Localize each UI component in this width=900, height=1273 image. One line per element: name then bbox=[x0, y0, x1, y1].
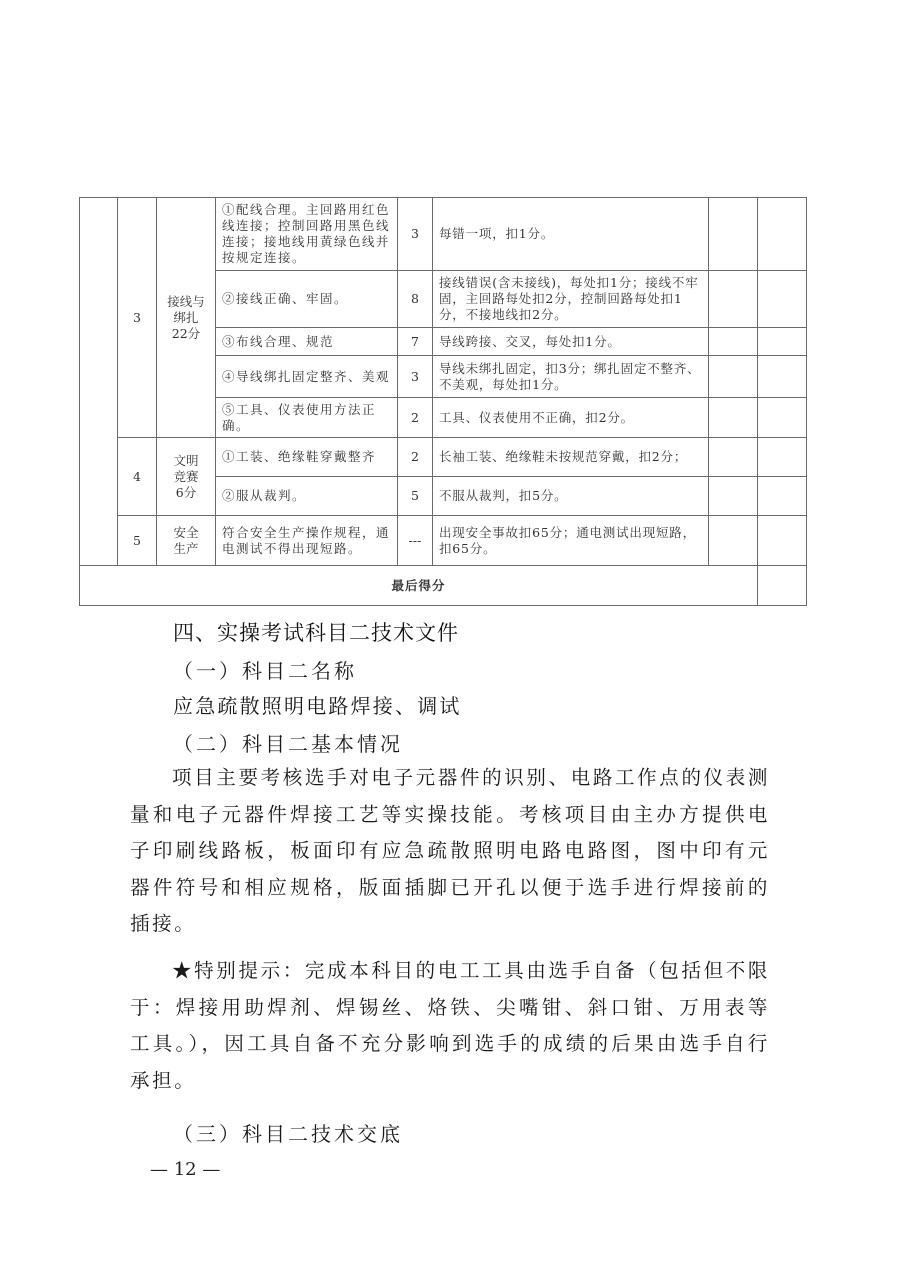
remark-cell bbox=[758, 271, 807, 328]
points-cell: 3 bbox=[398, 356, 433, 398]
final-score-row: 最后得分 bbox=[80, 566, 807, 606]
score-cell bbox=[709, 271, 758, 328]
score-cell bbox=[709, 516, 758, 566]
group-number: 3 bbox=[118, 198, 157, 438]
group-name-line: 竞赛 bbox=[163, 469, 209, 485]
score-cell bbox=[709, 198, 758, 271]
group-name-line: 文明 bbox=[163, 453, 209, 469]
points-cell: 2 bbox=[398, 438, 433, 477]
criterion-cell: ②接线正确、牢固。 bbox=[216, 271, 398, 328]
group-name-line: 接线与 bbox=[163, 294, 209, 310]
special-notice-paragraph: ★特别提示：完成本科目的电工工具由选手自备（包括但不限于：焊接用助焊剂、焊锡丝、… bbox=[130, 953, 770, 1099]
group-name-line: 6分 bbox=[163, 485, 209, 501]
group-name-line: 绑扎 bbox=[163, 310, 209, 326]
table-row: 4 文明 竞赛 6分 ①工装、绝缘鞋穿戴整齐 2 长袖工装、绝缘鞋未按规范穿戴，… bbox=[80, 438, 807, 477]
criterion-cell: ③布线合理、规范 bbox=[216, 328, 398, 356]
remark-cell bbox=[758, 477, 807, 516]
score-cell bbox=[709, 477, 758, 516]
group-name-line: 生产 bbox=[163, 541, 209, 557]
points-cell: 8 bbox=[398, 271, 433, 328]
page-number: — 12 — bbox=[150, 1159, 220, 1180]
basic-info-paragraph: 项目主要考核选手对电子元器件的识别、电路工作点的仪表测量和电子元器件焊接工艺等实… bbox=[130, 760, 770, 943]
criterion-cell: ④导线绑扎固定整齐、美观 bbox=[216, 356, 398, 398]
subsection-title-2: （二）科目二基本情况 bbox=[173, 728, 403, 757]
remark-cell bbox=[758, 438, 807, 477]
subsection-title-1: （一）科目二名称 bbox=[173, 655, 357, 684]
group-name: 文明 竞赛 6分 bbox=[157, 438, 216, 516]
final-score-value bbox=[758, 566, 807, 606]
points-cell: --- bbox=[398, 516, 433, 566]
deduction-cell: 出现安全事故扣65分；通电测试出现短路，扣65分。 bbox=[433, 516, 709, 566]
section-title: 四、实操考试科目二技术文件 bbox=[173, 617, 459, 647]
group-name-line: 安全 bbox=[163, 525, 209, 541]
points-cell: 5 bbox=[398, 477, 433, 516]
deduction-cell: 不服从裁判，扣5分。 bbox=[433, 477, 709, 516]
score-cell bbox=[709, 398, 758, 438]
remark-cell bbox=[758, 328, 807, 356]
deduction-cell: 导线跨接、交叉，每处扣1分。 bbox=[433, 328, 709, 356]
deduction-cell: 长袖工装、绝缘鞋未按规范穿戴，扣2分； bbox=[433, 438, 709, 477]
points-cell: 3 bbox=[398, 198, 433, 271]
criterion-cell: 符合安全生产操作规程，通电测试不得出现短路。 bbox=[216, 516, 398, 566]
remark-cell bbox=[758, 198, 807, 271]
criterion-cell: ⑤工具、仪表使用方法正确。 bbox=[216, 398, 398, 438]
score-cell bbox=[709, 356, 758, 398]
group-name: 安全 生产 bbox=[157, 516, 216, 566]
blank-cell bbox=[80, 198, 118, 566]
final-score-label: 最后得分 bbox=[80, 566, 758, 606]
group-name-line: 22分 bbox=[163, 326, 209, 342]
group-number: 5 bbox=[118, 516, 157, 566]
remark-cell bbox=[758, 398, 807, 438]
deduction-cell: 接线错误(含未接线)，每处扣1分；接线不牢固，主回路每处扣2分，控制回路每处扣1… bbox=[433, 271, 709, 328]
score-cell bbox=[709, 438, 758, 477]
table-row: 5 安全 生产 符合安全生产操作规程，通电测试不得出现短路。 --- 出现安全事… bbox=[80, 516, 807, 566]
remark-cell bbox=[758, 516, 807, 566]
table-row: 3 接线与 绑扎 22分 ①配线合理。主回路用红色线连接；控制回路用黑色线连接；… bbox=[80, 198, 807, 271]
deduction-cell: 每错一项，扣1分。 bbox=[433, 198, 709, 271]
subject-name: 应急疏散照明电路焊接、调试 bbox=[173, 690, 462, 719]
criterion-cell: ①配线合理。主回路用红色线连接；控制回路用黑色线连接；接地线用黄绿色线并按规定连… bbox=[216, 198, 398, 271]
deduction-cell: 工具、仪表使用不正确，扣2分。 bbox=[433, 398, 709, 438]
criterion-cell: ②服从裁判。 bbox=[216, 477, 398, 516]
points-cell: 7 bbox=[398, 328, 433, 356]
criterion-cell: ①工装、绝缘鞋穿戴整齐 bbox=[216, 438, 398, 477]
group-name: 接线与 绑扎 22分 bbox=[157, 198, 216, 438]
scoring-table: 3 接线与 绑扎 22分 ①配线合理。主回路用红色线连接；控制回路用黑色线连接；… bbox=[79, 197, 807, 606]
remark-cell bbox=[758, 356, 807, 398]
group-number: 4 bbox=[118, 438, 157, 516]
subsection-title-3: （三）科目二技术交底 bbox=[173, 1118, 403, 1147]
score-cell bbox=[709, 328, 758, 356]
points-cell: 2 bbox=[398, 398, 433, 438]
deduction-cell: 导线未绑扎固定，扣3分；绑扎固定不整齐、不美观，每处扣1分。 bbox=[433, 356, 709, 398]
